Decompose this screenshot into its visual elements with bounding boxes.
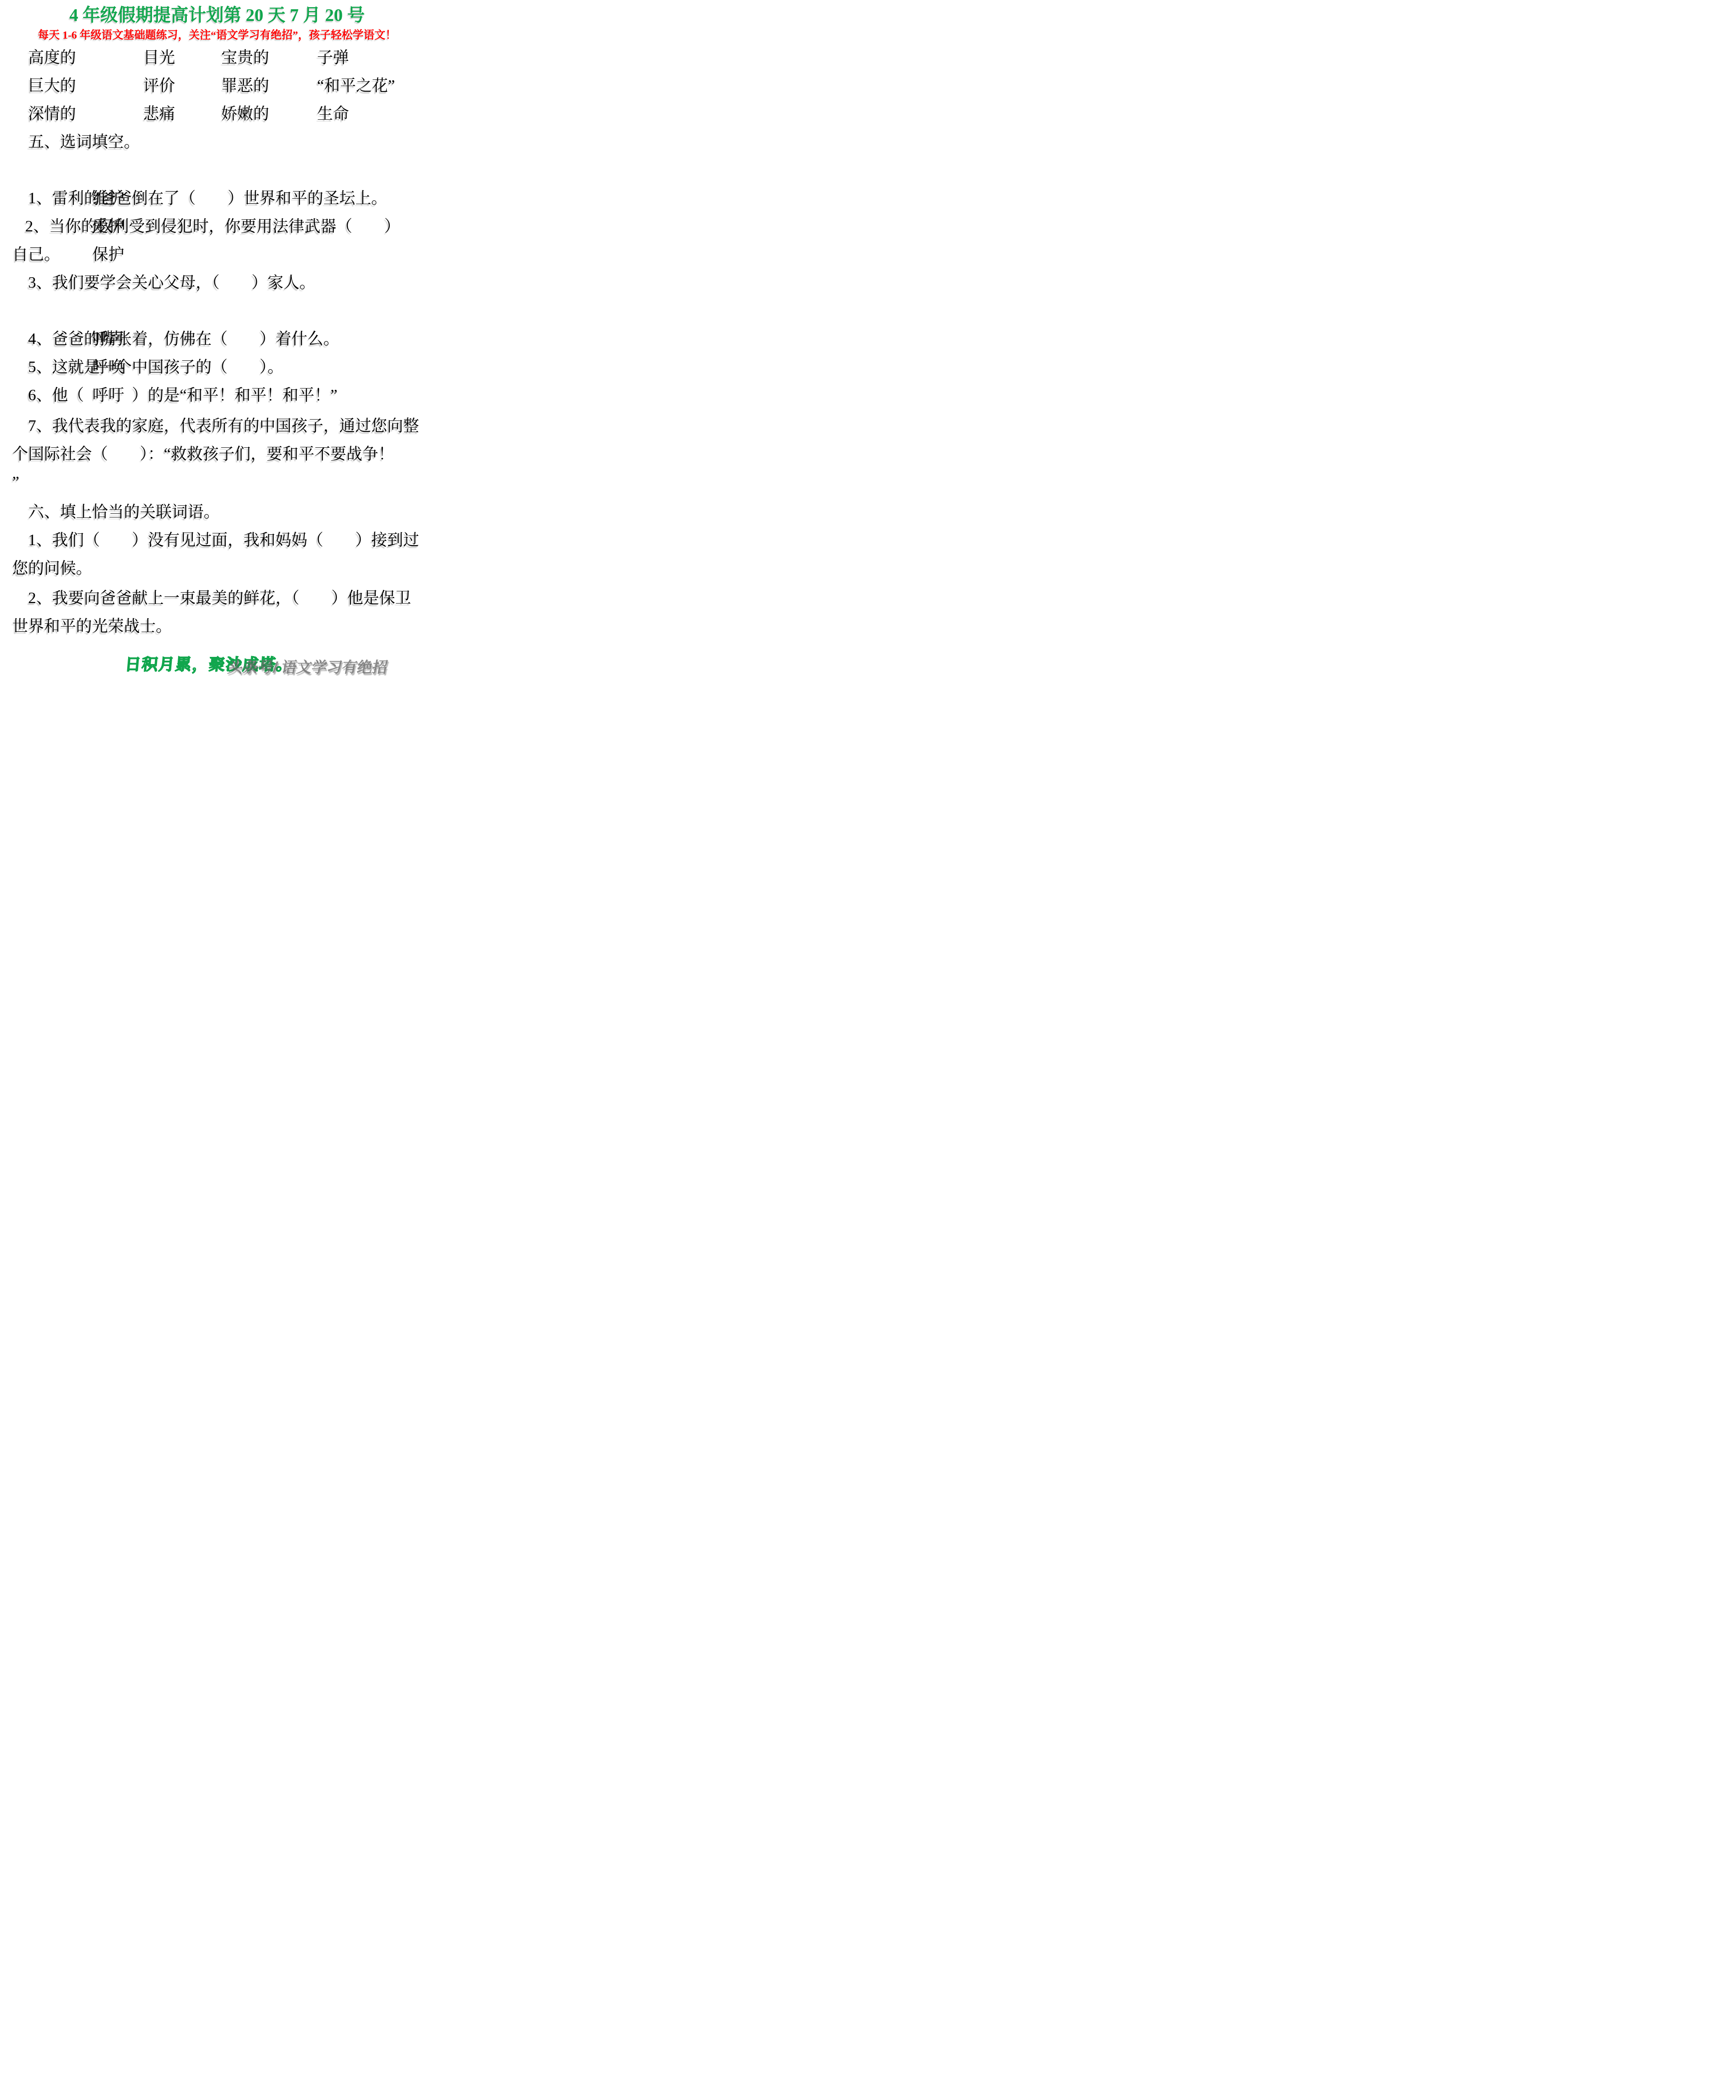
section6-question-2-line2: 世界和平的光荣战士。 xyxy=(0,612,434,640)
page-subtitle: 每天 1-6 年级语文基础题练习，关注“语文学习有绝招”，孩子轻松学语文！ xyxy=(0,27,434,44)
word-cell: 娇嫩的 xyxy=(221,100,317,128)
section5-heading: 五、选词填空。 xyxy=(0,128,434,156)
word-bank-1: 维护 爱护 保护 xyxy=(0,156,434,184)
word-cell: 目光 xyxy=(143,44,221,72)
word-pair-row-2: 巨大的 评价 罪恶的 “和平之花” xyxy=(0,72,434,100)
section5-question-7-line1: 7、我代表我的家庭，代表所有的中国孩子，通过您向整 xyxy=(0,412,434,440)
worksheet-page: 4 年级假期提高计划第 20 天 7 月 20 号 每天 1-6 年级语文基础题… xyxy=(0,0,434,682)
bank-word: 保护 xyxy=(92,246,124,263)
section5-question-2-line1: 2、当你的权利受到侵犯时，你要用法律武器（ ） xyxy=(0,213,434,241)
section5-question-7-line2: 个国际社会（ ）：“救救孩子们，要和平不要战争！ xyxy=(0,440,434,468)
page-title: 4 年级假期提高计划第 20 天 7 月 20 号 xyxy=(0,0,434,27)
section5-question-7-line3: ” xyxy=(0,468,434,496)
section5-question-5: 5、这就是一个中国孩子的（ ）。 xyxy=(0,353,434,381)
word-cell: 深情的 xyxy=(28,100,143,128)
word-cell: 悲痛 xyxy=(143,100,221,128)
section6-heading: 六、填上恰当的关联词语。 xyxy=(0,498,434,526)
word-cell: “和平之花” xyxy=(317,72,395,100)
word-pair-row-1: 高度的 目光 宝贵的 子弹 xyxy=(0,44,434,72)
word-cell: 巨大的 xyxy=(28,72,143,100)
section5-question-3: 3、我们要学会关心父母，（ ）家人。 xyxy=(0,269,434,297)
section5-question-4: 4、爸爸的嘴张着，仿佛在（ ）着什么。 xyxy=(0,325,434,353)
section5-question-2-line2: 自己。 xyxy=(0,241,434,269)
word-cell: 子弹 xyxy=(317,44,349,72)
word-pair-row-3: 深情的 悲痛 娇嫩的 生命 xyxy=(0,100,434,128)
word-cell: 宝贵的 xyxy=(221,44,317,72)
section6-question-2-line1: 2、我要向爸爸献上一束最美的鲜花，（ ）他是保卫 xyxy=(0,584,434,612)
page-footer: 日积月累，聚沙成塔。 头条号/ 语文学习有绝招 xyxy=(0,651,434,682)
section6-question-1-line1: 1、我们（ ）没有见过面，我和妈妈（ ）接到过 xyxy=(0,526,434,554)
section5-question-1: 1、雷利的爸爸倒在了（ ）世界和平的圣坛上。 xyxy=(0,184,434,213)
word-cell: 罪恶的 xyxy=(221,72,317,100)
section5-question-6: 6、他（ ）的是“和平！和平！和平！” xyxy=(0,381,434,409)
word-bank-2: 呼声 呼唤 呼吁 xyxy=(0,297,434,325)
section6-question-1-line2: 您的问候。 xyxy=(0,554,434,583)
word-cell: 高度的 xyxy=(28,44,143,72)
word-cell: 生命 xyxy=(317,100,349,128)
word-cell: 评价 xyxy=(143,72,221,100)
footer-watermark: 头条号/ 语文学习有绝招 xyxy=(226,656,390,677)
